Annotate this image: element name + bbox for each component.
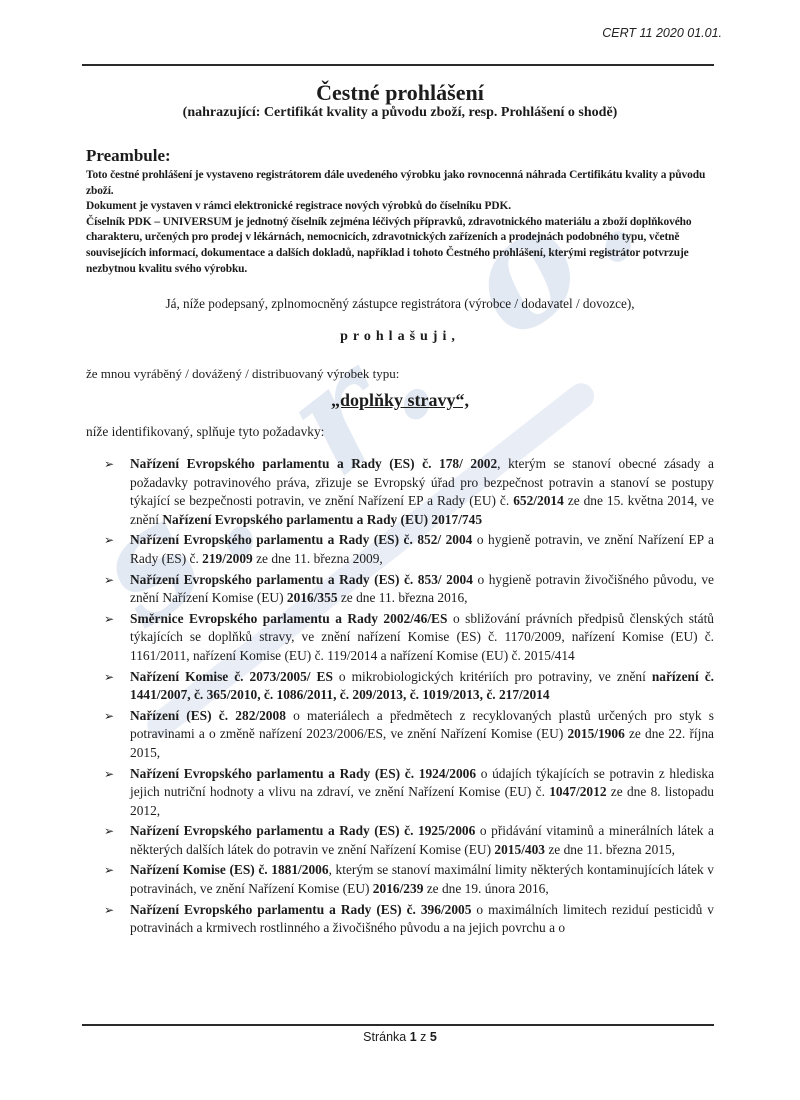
regulation-reference: Nařízení Evropského parlamentu a Rady (E… <box>130 766 476 781</box>
regulation-reference: 2015/1906 <box>567 726 624 741</box>
arrowhead-right-icon: ➢ <box>104 822 114 841</box>
regulation-reference: Směrnice Evropského parlamentu a Rady 20… <box>130 611 447 626</box>
regulation-reference: Nařízení Evropského parlamentu a Rady (E… <box>130 456 497 471</box>
regulation-reference: Nařízení Evropského parlamentu a Rady (E… <box>162 512 482 527</box>
page-label: Stránka <box>363 1030 406 1044</box>
current-page: 1 <box>410 1030 417 1044</box>
arrowhead-right-icon: ➢ <box>104 610 114 629</box>
regulation-text: o mikrobiologických kritériích pro potra… <box>333 669 652 684</box>
arrowhead-right-icon: ➢ <box>104 531 114 550</box>
total-pages: 5 <box>430 1030 437 1044</box>
regulation-text: ze dne 19. února 2016, <box>423 881 548 896</box>
signatory-statement: Já, níže podepsaný, zplnomocněný zástupc… <box>0 296 800 312</box>
regulation-reference: Nařízení Evropského parlamentu a Rady (E… <box>130 532 472 547</box>
preamble-heading: Preambule: <box>86 146 171 166</box>
certificate-code: CERT 11 2020 01.01. <box>602 26 722 40</box>
regulation-item: ➢Nařízení Evropského parlamentu a Rady (… <box>104 901 714 938</box>
preamble-paragraph: Číselník PDK – UNIVERSUM je jednotný čís… <box>86 215 726 277</box>
document-subtitle: (nahrazující: Certifikát kvality a původ… <box>0 105 800 121</box>
regulation-item: ➢Nařízení Komise č. 2073/2005/ ES o mikr… <box>104 668 714 705</box>
product-type-intro: že mnou vyráběný / dovážený / distribuov… <box>86 366 399 382</box>
regulation-reference: 2015/403 <box>494 842 545 857</box>
footer-divider <box>82 1024 714 1026</box>
arrowhead-right-icon: ➢ <box>104 571 114 590</box>
regulation-reference: Nařízení Komise (ES) č. 1881/2006 <box>130 862 329 877</box>
requirements-intro: níže identifikovaný, splňuje tyto požada… <box>86 424 324 440</box>
regulation-item: ➢Nařízení Evropského parlamentu a Rady (… <box>104 822 714 859</box>
regulation-item: ➢Směrnice Evropského parlamentu a Rady 2… <box>104 610 714 666</box>
arrowhead-right-icon: ➢ <box>104 455 114 474</box>
arrowhead-right-icon: ➢ <box>104 707 114 726</box>
preamble-paragraph: Toto čestné prohlášení je vystaveno regi… <box>86 168 726 199</box>
regulation-reference: 652/2014 <box>513 493 564 508</box>
document-title: Čestné prohlášení <box>0 80 800 106</box>
regulation-reference: Nařízení (ES) č. 282/2008 <box>130 708 286 723</box>
regulation-item: ➢Nařízení Evropského parlamentu a Rady (… <box>104 455 714 529</box>
regulation-text: ze dne 11. března 2009, <box>253 551 383 566</box>
regulation-reference: Nařízení Evropského parlamentu a Rady (E… <box>130 902 471 917</box>
page-separator: z <box>420 1030 426 1044</box>
regulation-text: ze dne 11. března 2015, <box>545 842 675 857</box>
declare-word: prohlašuji, <box>0 329 800 345</box>
regulation-reference: Nařízení Evropského parlamentu a Rady (E… <box>130 572 473 587</box>
arrowhead-right-icon: ➢ <box>104 901 114 920</box>
regulation-text: ze dne 11. března 2016, <box>338 590 468 605</box>
arrowhead-right-icon: ➢ <box>104 861 114 880</box>
regulation-item: ➢Nařízení Evropského parlamentu a Rady (… <box>104 531 714 568</box>
regulation-reference: Nařízení Evropského parlamentu a Rady (E… <box>130 823 475 838</box>
regulation-reference: 2016/239 <box>373 881 424 896</box>
regulation-reference: 1047/2012 <box>549 784 606 799</box>
arrowhead-right-icon: ➢ <box>104 668 114 687</box>
regulations-list: ➢Nařízení Evropského parlamentu a Rady (… <box>104 455 714 940</box>
product-type: „doplňky stravy“, <box>0 390 800 411</box>
regulation-reference: Nařízení Komise č. 2073/2005/ ES <box>130 669 333 684</box>
regulation-reference: 219/2009 <box>202 551 253 566</box>
preamble-text: Toto čestné prohlášení je vystaveno regi… <box>86 168 726 277</box>
regulation-item: ➢Nařízení (ES) č. 282/2008 o materiálech… <box>104 707 714 763</box>
arrowhead-right-icon: ➢ <box>104 765 114 784</box>
regulation-reference: 2016/355 <box>287 590 338 605</box>
page-number: Stránka 1 z 5 <box>0 1030 800 1044</box>
header-divider <box>82 64 714 66</box>
regulation-item: ➢Nařízení Evropského parlamentu a Rady (… <box>104 571 714 608</box>
regulation-item: ➢Nařízení Komise (ES) č. 1881/2006, kter… <box>104 861 714 898</box>
preamble-paragraph: Dokument je vystaven v rámci elektronick… <box>86 199 726 215</box>
regulation-item: ➢Nařízení Evropského parlamentu a Rady (… <box>104 765 714 821</box>
